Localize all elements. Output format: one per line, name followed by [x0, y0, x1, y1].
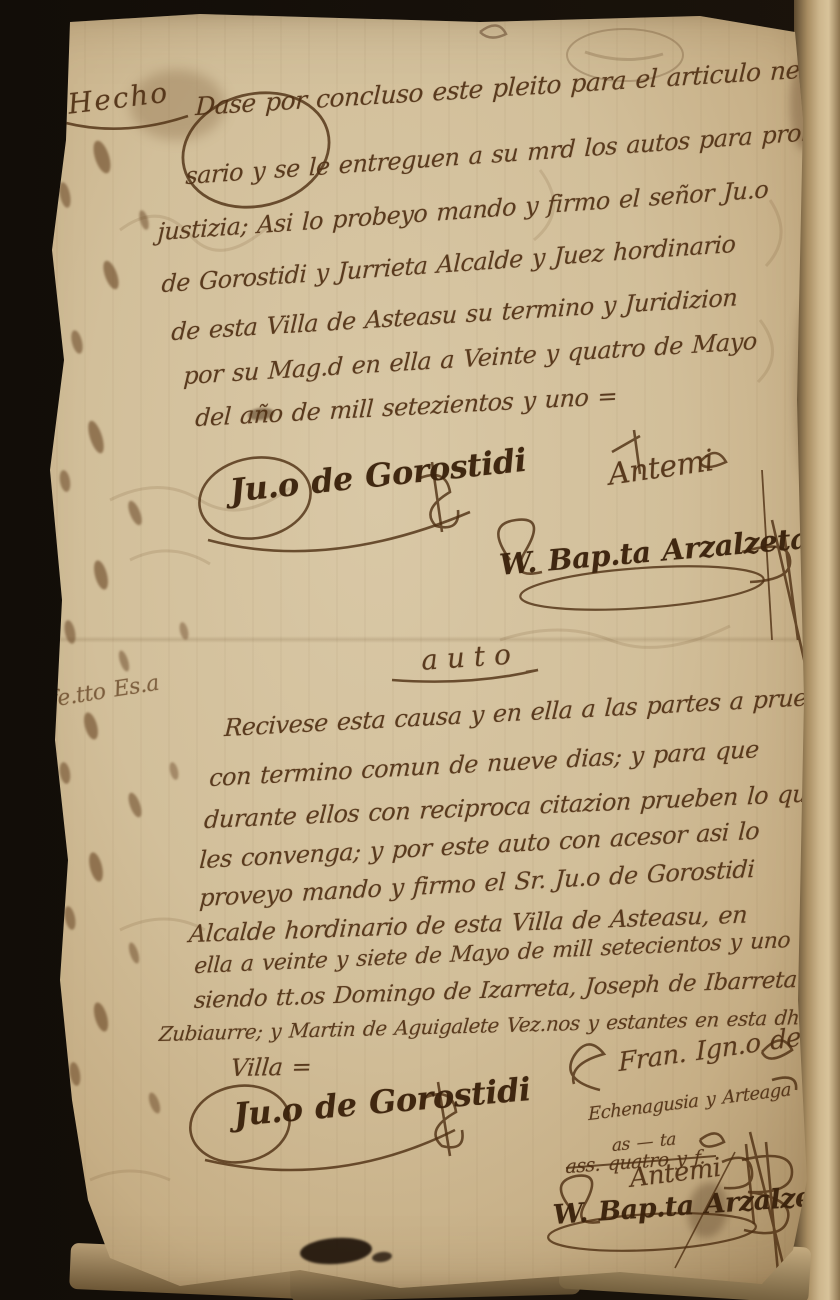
paper-stain: [81, 711, 100, 741]
margin-note-auto: fe.tto Es.a: [48, 671, 161, 713]
paper-stain: [91, 1001, 111, 1033]
paper-stain: [87, 851, 106, 883]
paper-stain: [371, 1251, 392, 1264]
paper-stain: [299, 1236, 373, 1267]
paper-stain: [147, 1091, 163, 1115]
auto-heading: auto: [420, 637, 521, 677]
ante-mi-note-1: Antemi: [606, 443, 716, 492]
manuscript-line: Dase por concluso este pleito para el ar…: [195, 53, 836, 121]
paper-stain: [68, 1061, 82, 1086]
manuscript-line: Recivese esta causa y en ella a las part…: [224, 682, 837, 742]
paper-stain: [85, 419, 107, 455]
paper-stain: [100, 259, 122, 291]
paper-stain: [137, 209, 150, 230]
paper-stain: [117, 649, 131, 672]
signature-escribano-arzalzeta-1: W. Bap.ta Arzalzeta: [498, 521, 810, 582]
paper-fold-crease: [55, 636, 800, 643]
paper-stain: [91, 559, 110, 591]
signature-alcalde-gorostidi-1: Ju.o de Gorostidi: [228, 441, 528, 510]
paper-stain: [90, 139, 114, 176]
paper-stain: [58, 469, 72, 492]
manuscript-page: Hecho Dase por concluso este pleito para…: [0, 0, 840, 1300]
paper-stain: [69, 329, 85, 355]
manuscript-line: Echenagusia y Arteaga: [588, 1079, 791, 1125]
manuscript-line: del año de mill setezientos y uno =: [195, 382, 618, 432]
paper-stain: [127, 941, 141, 964]
manuscript-line: Villa =: [230, 1053, 313, 1082]
paper-stain: [58, 761, 72, 784]
paper-stain: [126, 791, 144, 819]
paper-stain: [168, 761, 180, 780]
photo-backdrop: Hecho Dase por concluso este pleito para…: [0, 0, 840, 1300]
paper-stain: [57, 181, 72, 209]
manuscript-line: con termino comun de nueve dias; y para …: [209, 735, 760, 792]
paper-stain: [63, 905, 78, 931]
paper-stain: [125, 499, 144, 527]
